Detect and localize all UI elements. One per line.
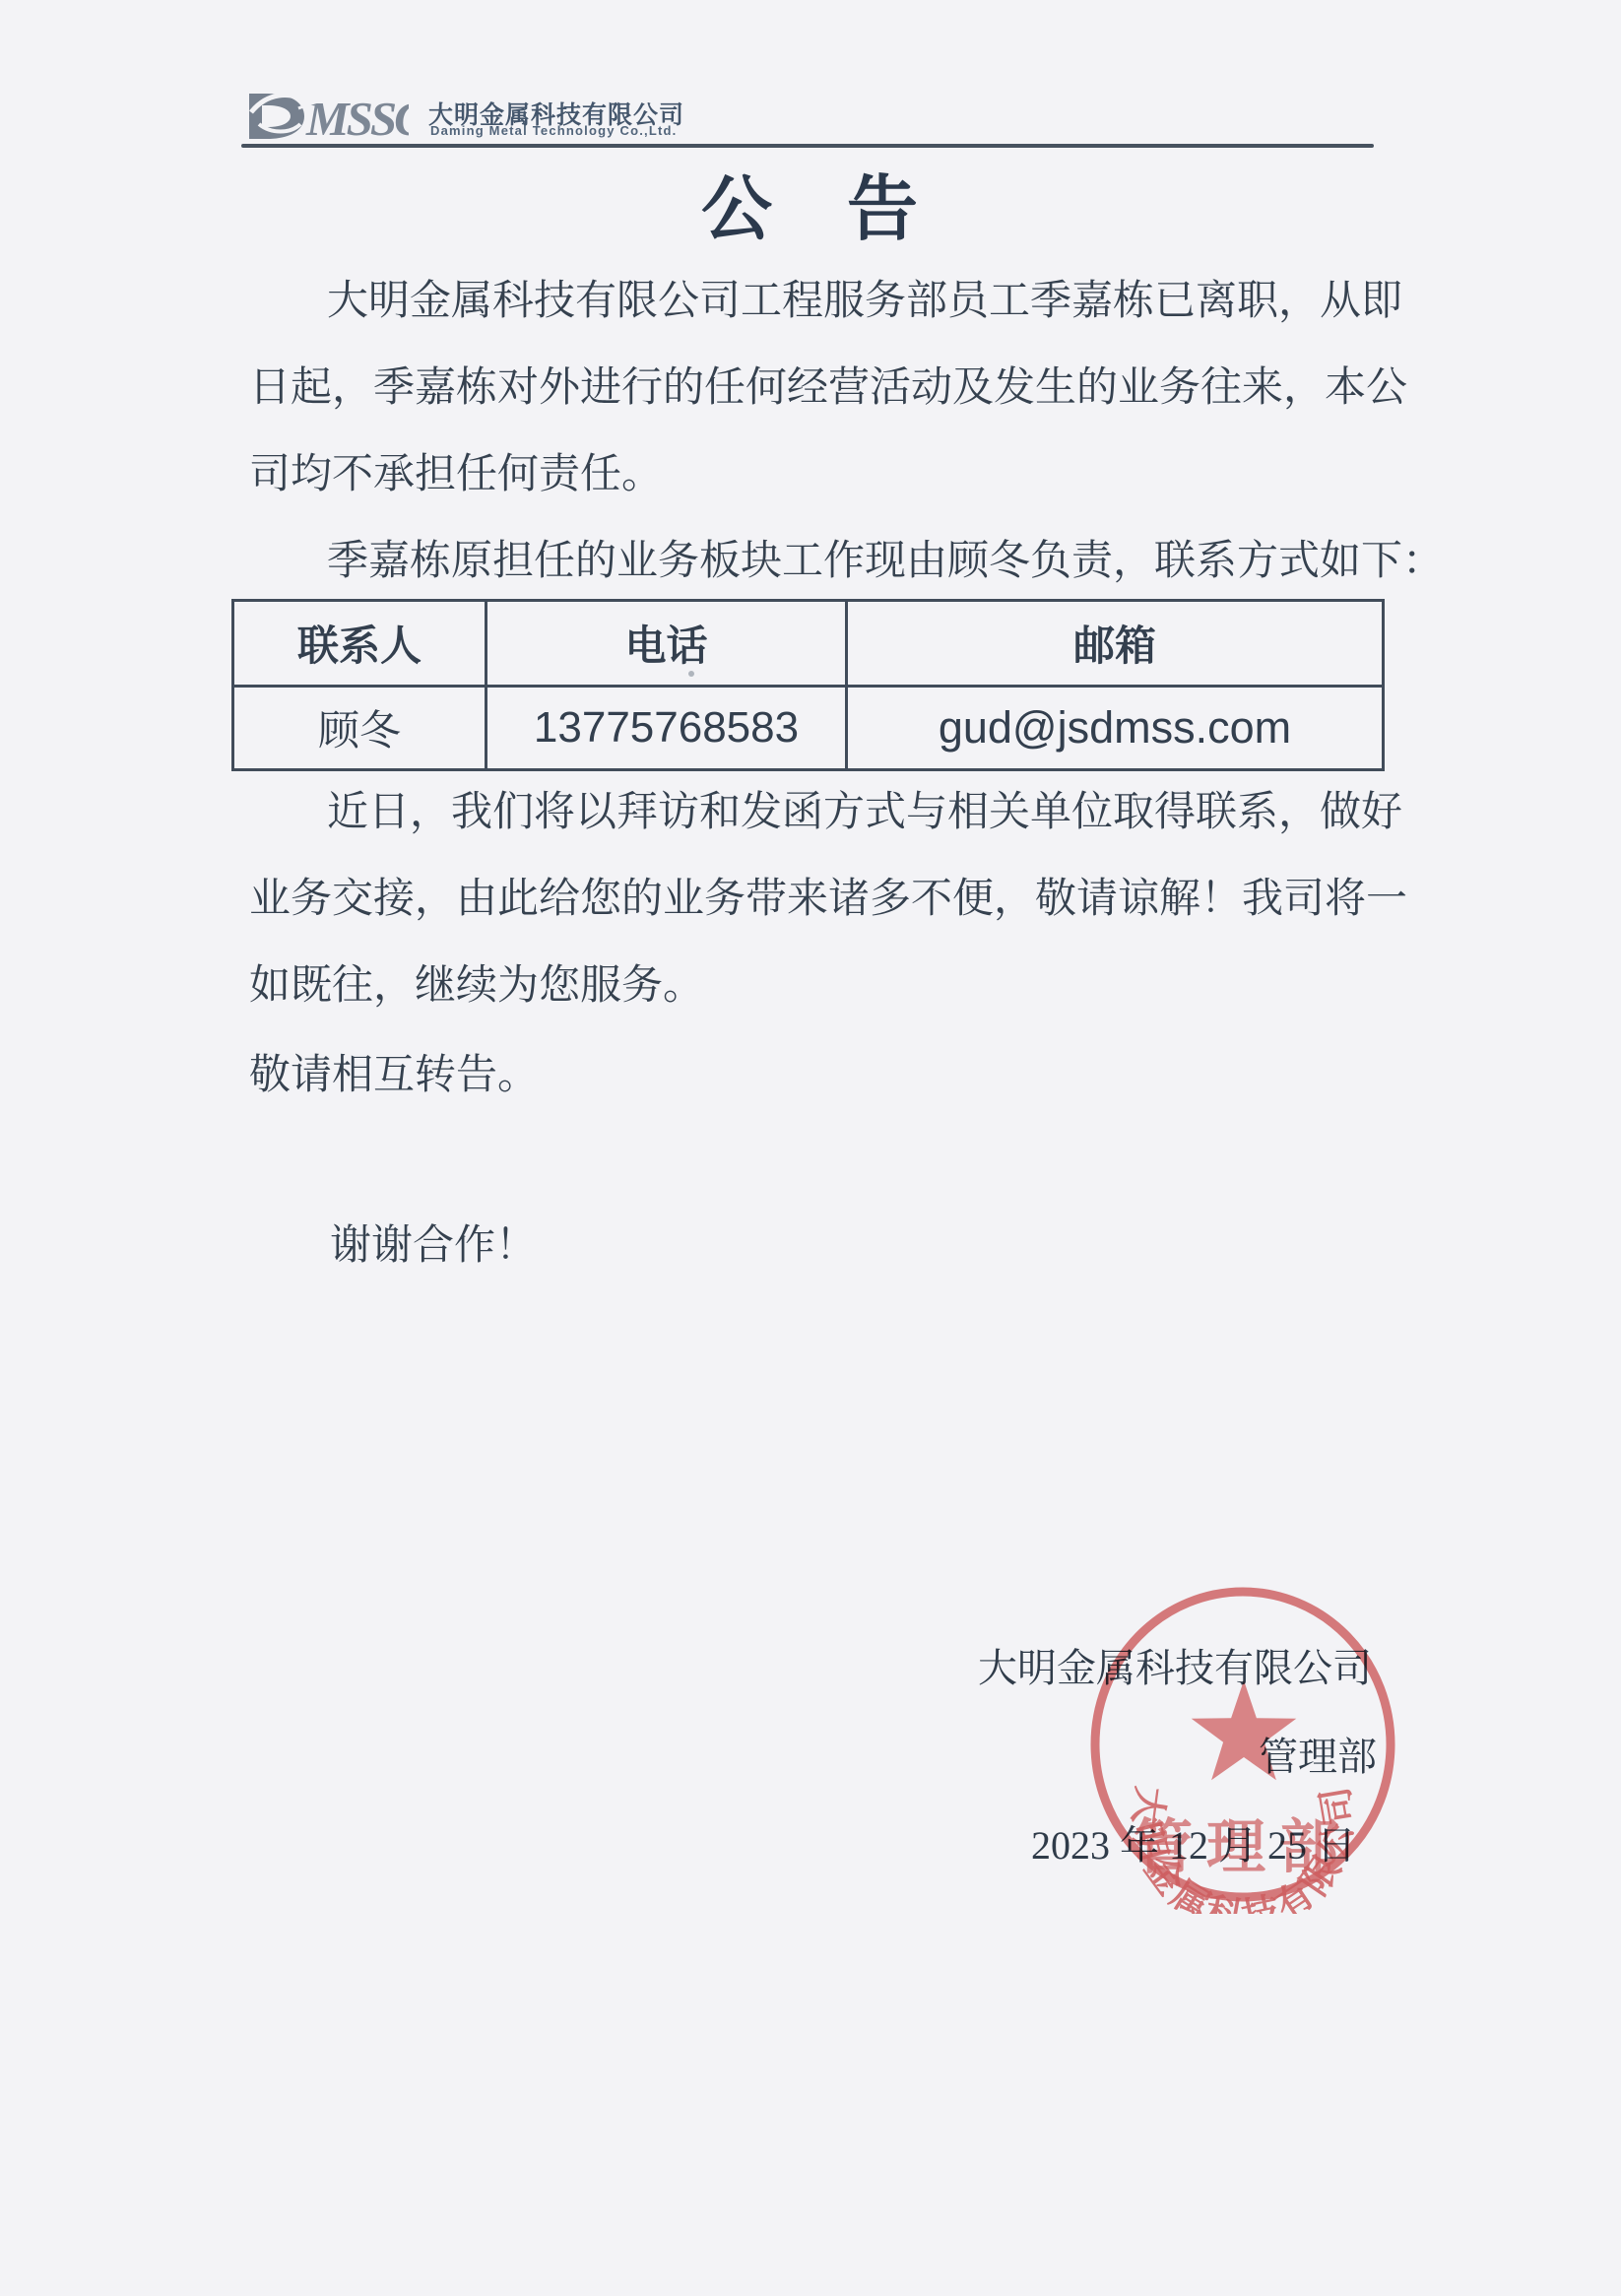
table-header-phone: 电话 (487, 602, 848, 688)
letterhead-company-name-en: Daming Metal Technology Co.,Ltd. (430, 123, 678, 138)
scanned-announcement-page: MSSC 大明金属科技有限公司 Daming Metal Technology … (0, 0, 1621, 2296)
seal-star-icon (1192, 1680, 1297, 1780)
seal-bottom-text: 管理部 (1134, 1815, 1352, 1880)
body-line: 大明金属科技有限公司工程服务部员工季嘉栋已离职，从即 (327, 279, 1402, 324)
table-cell-contact-name: 顾冬 (234, 688, 487, 768)
table-cell-phone-number: 13775768583 (487, 688, 848, 768)
company-logo-icon: MSSC (247, 91, 409, 142)
body-line: 如既往，继续为您服务。 (249, 963, 704, 1009)
letterhead-divider (241, 144, 1374, 148)
body-line: 业务交接，由此给您的业务带来诸多不便，敬请谅解！我司将一 (249, 877, 1407, 922)
document-title: 公 告 (0, 174, 1621, 245)
closing-line: 谢谢合作！ (330, 1223, 537, 1269)
table-cell-email-address: gud@jsdmss.com (848, 688, 1382, 768)
body-line: 季嘉栋原担任的业务板块工作现由顾冬负责，联系方式如下： (327, 539, 1444, 584)
table-header-email: 邮箱 (848, 602, 1382, 688)
body-line: 近日，我们将以拜访和发函方式与相关单位取得联系，做好 (327, 790, 1402, 835)
company-seal-stamp: 大明金属科技有限公司 管理部 (1078, 1574, 1418, 1914)
scan-speck (688, 671, 694, 677)
body-line: 日起，季嘉栋对外进行的任何经营活动及发生的业务往来，本公 (249, 365, 1407, 411)
body-line: 司均不承担任何责任。 (249, 452, 663, 497)
logo-letters: MSSC (305, 92, 409, 142)
body-line: 敬请相互转告。 (249, 1053, 539, 1098)
table-header-contact: 联系人 (234, 602, 487, 688)
contact-table: 联系人 电话 邮箱 顾冬 13775768583 gud@jsdmss.com (231, 599, 1385, 771)
